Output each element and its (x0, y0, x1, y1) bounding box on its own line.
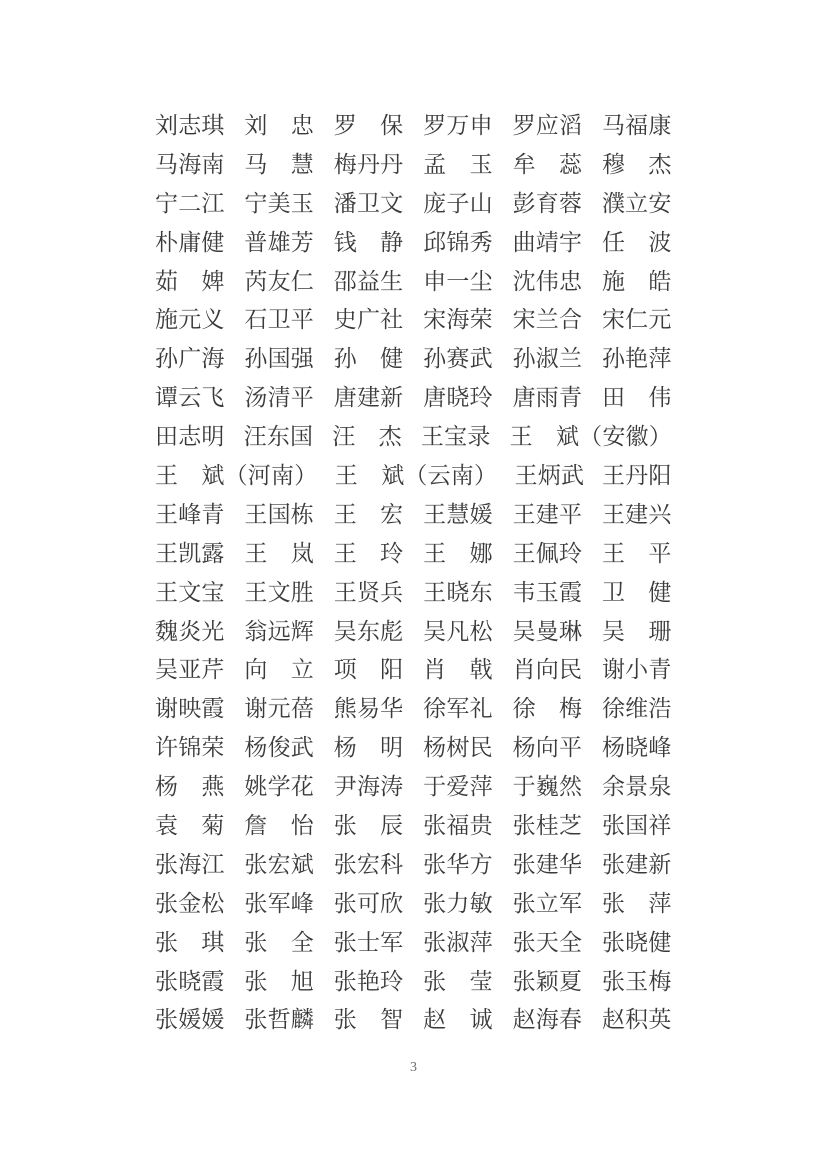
person-name: 谢元蓓 (244, 697, 314, 720)
person-name: 王炳武 (515, 464, 585, 487)
name-row: 张海江张宏斌张宏科张华方张建华张建新 (155, 845, 672, 884)
person-name: 彭育蓉 (513, 192, 583, 215)
person-name: 袁 菊 (155, 814, 225, 837)
person-name: 张玉梅 (602, 970, 672, 993)
person-name: 张晓霞 (155, 970, 225, 993)
person-name: 芮友仁 (244, 270, 314, 293)
person-name: 吴凡松 (423, 620, 493, 643)
person-name: 王丹阳 (602, 464, 672, 487)
person-name: 翁远辉 (244, 620, 314, 643)
person-name: 张金松 (155, 892, 225, 915)
person-name: 张 旭 (244, 970, 314, 993)
name-row: 宁二江宁美玉潘卫文庞子山彭育蓉濮立安 (155, 184, 672, 223)
name-row: 马海南马 慧梅丹丹孟 玉牟 蕊穆 杰 (155, 145, 672, 184)
person-name: 潘卫文 (334, 192, 404, 215)
person-name: 张 琪 (155, 931, 225, 954)
person-name: 张 莹 (423, 970, 493, 993)
person-name: 尹海涛 (334, 775, 404, 798)
person-name: 张 全 (244, 931, 314, 954)
person-name: 张建华 (513, 853, 583, 876)
person-name: 许锦荣 (155, 736, 225, 759)
person-name: 张宏科 (334, 853, 404, 876)
person-name: 王文宝 (155, 581, 225, 604)
person-name: 张宏斌 (244, 853, 314, 876)
person-name: 徐维浩 (602, 697, 672, 720)
person-name: 吴 珊 (602, 620, 672, 643)
person-name: 张力敏 (423, 892, 493, 915)
person-name: 孙 健 (334, 347, 404, 370)
person-name: 张建新 (602, 853, 672, 876)
person-name: 汪 杰 (332, 425, 402, 448)
person-name: 张晓健 (602, 931, 672, 954)
person-name: 马海南 (155, 153, 225, 176)
name-row: 谭云飞汤清平唐建新唐晓玲唐雨青田 伟 (155, 378, 672, 417)
person-name: 王 斌（河南） (155, 464, 317, 487)
person-name: 徐军礼 (423, 697, 493, 720)
person-name: 谭云飞 (155, 386, 225, 409)
person-name: 于爱萍 (423, 775, 493, 798)
person-name: 沈伟忠 (513, 270, 583, 293)
person-name: 詹 怡 (244, 814, 314, 837)
person-name: 杨树民 (423, 736, 493, 759)
person-name: 张士军 (334, 931, 404, 954)
person-name: 马福康 (602, 114, 672, 137)
person-name: 王凯露 (155, 542, 225, 565)
name-row: 王峰青王国栋王 宏王慧媛王建平王建兴 (155, 495, 672, 534)
person-name: 王 宏 (334, 503, 404, 526)
person-name: 宋海荣 (423, 308, 493, 331)
person-name: 刘志琪 (155, 114, 225, 137)
person-name: 王 平 (602, 542, 672, 565)
person-name: 王佩玲 (513, 542, 583, 565)
person-name: 张天全 (513, 931, 583, 954)
person-name: 孟 玉 (423, 153, 493, 176)
person-name: 罗 保 (334, 114, 404, 137)
person-name: 王文胜 (244, 581, 314, 604)
name-row: 张媛媛张哲麟张 智赵 诚赵海春赵积英 (155, 1000, 672, 1039)
person-name: 申一尘 (423, 270, 493, 293)
person-name: 田 伟 (602, 386, 672, 409)
person-name: 王建平 (513, 503, 583, 526)
person-name: 张立军 (513, 892, 583, 915)
person-name: 朴庸健 (155, 231, 225, 254)
person-name: 茹 婢 (155, 270, 225, 293)
person-name: 张颖夏 (513, 970, 583, 993)
person-name: 王峰青 (155, 503, 225, 526)
person-name: 张桂芝 (513, 814, 583, 837)
name-row: 张 琪张 全张士军张淑萍张天全张晓健 (155, 923, 672, 962)
person-name: 汤清平 (244, 386, 314, 409)
person-name: 王 斌（云南） (335, 464, 497, 487)
name-row: 杨 燕姚学花尹海涛于爱萍于巍然余景泉 (155, 767, 672, 806)
person-name: 王 娜 (423, 542, 493, 565)
person-name: 石卫平 (244, 308, 314, 331)
person-name: 王建兴 (602, 503, 672, 526)
person-name: 王贤兵 (334, 581, 404, 604)
person-name: 项 阳 (334, 658, 404, 681)
person-name: 赵 诚 (423, 1008, 493, 1031)
name-row: 袁 菊詹 怡张 辰张福贵张桂芝张国祥 (155, 806, 672, 845)
person-name: 熊易华 (334, 697, 404, 720)
name-list: 刘志琪刘 忠罗 保罗万申罗应滔马福康马海南马 慧梅丹丹孟 玉牟 蕊穆 杰宁二江宁… (155, 106, 672, 1039)
person-name: 姚学花 (244, 775, 314, 798)
name-row: 施元义石卫平史广社宋海荣宋兰合宋仁元 (155, 300, 672, 339)
person-name: 吴亚芹 (155, 658, 225, 681)
person-name: 徐 梅 (513, 697, 583, 720)
person-name: 施元义 (155, 308, 225, 331)
person-name: 王宝录 (421, 425, 491, 448)
person-name: 孙国强 (244, 347, 314, 370)
person-name: 杨 明 (334, 736, 404, 759)
person-name: 张艳玲 (334, 970, 404, 993)
person-name: 张哲麟 (244, 1008, 314, 1031)
person-name: 牟 蕊 (513, 153, 583, 176)
person-name: 王 岚 (244, 542, 314, 565)
person-name: 邵益生 (334, 270, 404, 293)
person-name: 罗万申 (423, 114, 493, 137)
person-name: 孙赛武 (423, 347, 493, 370)
name-row: 魏炎光翁远辉吴东彪吴凡松吴曼琳吴 珊 (155, 612, 672, 651)
name-row: 王文宝王文胜王贤兵王晓东韦玉霞卫 健 (155, 573, 672, 612)
person-name: 施 皓 (602, 270, 672, 293)
person-name: 王慧媛 (423, 503, 493, 526)
person-name: 濮立安 (602, 192, 672, 215)
person-name: 张国祥 (602, 814, 672, 837)
person-name: 罗应滔 (513, 114, 583, 137)
name-row: 田志明汪东国汪 杰王宝录王 斌（安徽） (155, 417, 672, 456)
person-name: 王国栋 (244, 503, 314, 526)
person-name: 张 智 (334, 1008, 404, 1031)
document-page: 刘志琪刘 忠罗 保罗万申罗应滔马福康马海南马 慧梅丹丹孟 玉牟 蕊穆 杰宁二江宁… (0, 0, 827, 1170)
person-name: 宁美玉 (244, 192, 314, 215)
person-name: 张福贵 (423, 814, 493, 837)
person-name: 肖 戟 (423, 658, 493, 681)
person-name: 马 慧 (244, 153, 314, 176)
person-name: 王晓东 (423, 581, 493, 604)
person-name: 余景泉 (602, 775, 672, 798)
person-name: 普雄芳 (244, 231, 314, 254)
person-name: 赵海春 (513, 1008, 583, 1031)
person-name: 赵积英 (602, 1008, 672, 1031)
person-name: 王 玲 (334, 542, 404, 565)
person-name: 杨 燕 (155, 775, 225, 798)
person-name: 曲靖宇 (513, 231, 583, 254)
person-name: 卫 健 (602, 581, 672, 604)
person-name: 王 斌（安徽） (510, 425, 672, 448)
person-name: 杨俊武 (244, 736, 314, 759)
person-name: 吴东彪 (334, 620, 404, 643)
person-name: 汪东国 (244, 425, 314, 448)
person-name: 韦玉霞 (513, 581, 583, 604)
person-name: 张 萍 (602, 892, 672, 915)
person-name: 杨晓峰 (602, 736, 672, 759)
person-name: 张 辰 (334, 814, 404, 837)
person-name: 穆 杰 (602, 153, 672, 176)
person-name: 孙淑兰 (513, 347, 583, 370)
name-row: 王凯露王 岚王 玲王 娜王佩玲王 平 (155, 534, 672, 573)
person-name: 张海江 (155, 853, 225, 876)
person-name: 谢映霞 (155, 697, 225, 720)
person-name: 梅丹丹 (334, 153, 404, 176)
person-name: 杨向平 (513, 736, 583, 759)
person-name: 邱锦秀 (423, 231, 493, 254)
person-name: 张华方 (423, 853, 493, 876)
name-row: 朴庸健普雄芳钱 静邱锦秀曲靖宇任 波 (155, 223, 672, 262)
name-row: 许锦荣杨俊武杨 明杨树民杨向平杨晓峰 (155, 728, 672, 767)
person-name: 肖向民 (513, 658, 583, 681)
person-name: 张淑萍 (423, 931, 493, 954)
person-name: 张军峰 (244, 892, 314, 915)
person-name: 唐雨青 (513, 386, 583, 409)
person-name: 于巍然 (513, 775, 583, 798)
person-name: 魏炎光 (155, 620, 225, 643)
name-row: 张晓霞张 旭张艳玲张 莹张颖夏张玉梅 (155, 962, 672, 1001)
person-name: 唐晓玲 (423, 386, 493, 409)
person-name: 钱 静 (334, 231, 404, 254)
page-number: 3 (0, 1060, 827, 1076)
person-name: 吴曼琳 (513, 620, 583, 643)
name-row: 王 斌（河南）王 斌（云南）王炳武王丹阳 (155, 456, 672, 495)
person-name: 张可欣 (334, 892, 404, 915)
person-name: 张媛媛 (155, 1008, 225, 1031)
person-name: 宁二江 (155, 192, 225, 215)
person-name: 史广社 (334, 308, 404, 331)
name-row: 刘志琪刘 忠罗 保罗万申罗应滔马福康 (155, 106, 672, 145)
person-name: 谢小青 (602, 658, 672, 681)
name-row: 孙广海孙国强孙 健孙赛武孙淑兰孙艳萍 (155, 339, 672, 378)
person-name: 宋兰合 (513, 308, 583, 331)
person-name: 唐建新 (334, 386, 404, 409)
name-row: 张金松张军峰张可欣张力敏张立军张 萍 (155, 884, 672, 923)
person-name: 孙广海 (155, 347, 225, 370)
person-name: 田志明 (155, 425, 225, 448)
name-row: 茹 婢芮友仁邵益生申一尘沈伟忠施 皓 (155, 262, 672, 301)
name-row: 谢映霞谢元蓓熊易华徐军礼徐 梅徐维浩 (155, 689, 672, 728)
person-name: 刘 忠 (244, 114, 314, 137)
person-name: 宋仁元 (602, 308, 672, 331)
name-row: 吴亚芹向 立项 阳肖 戟肖向民谢小青 (155, 650, 672, 689)
person-name: 任 波 (602, 231, 672, 254)
person-name: 孙艳萍 (602, 347, 672, 370)
person-name: 庞子山 (423, 192, 493, 215)
person-name: 向 立 (244, 658, 314, 681)
